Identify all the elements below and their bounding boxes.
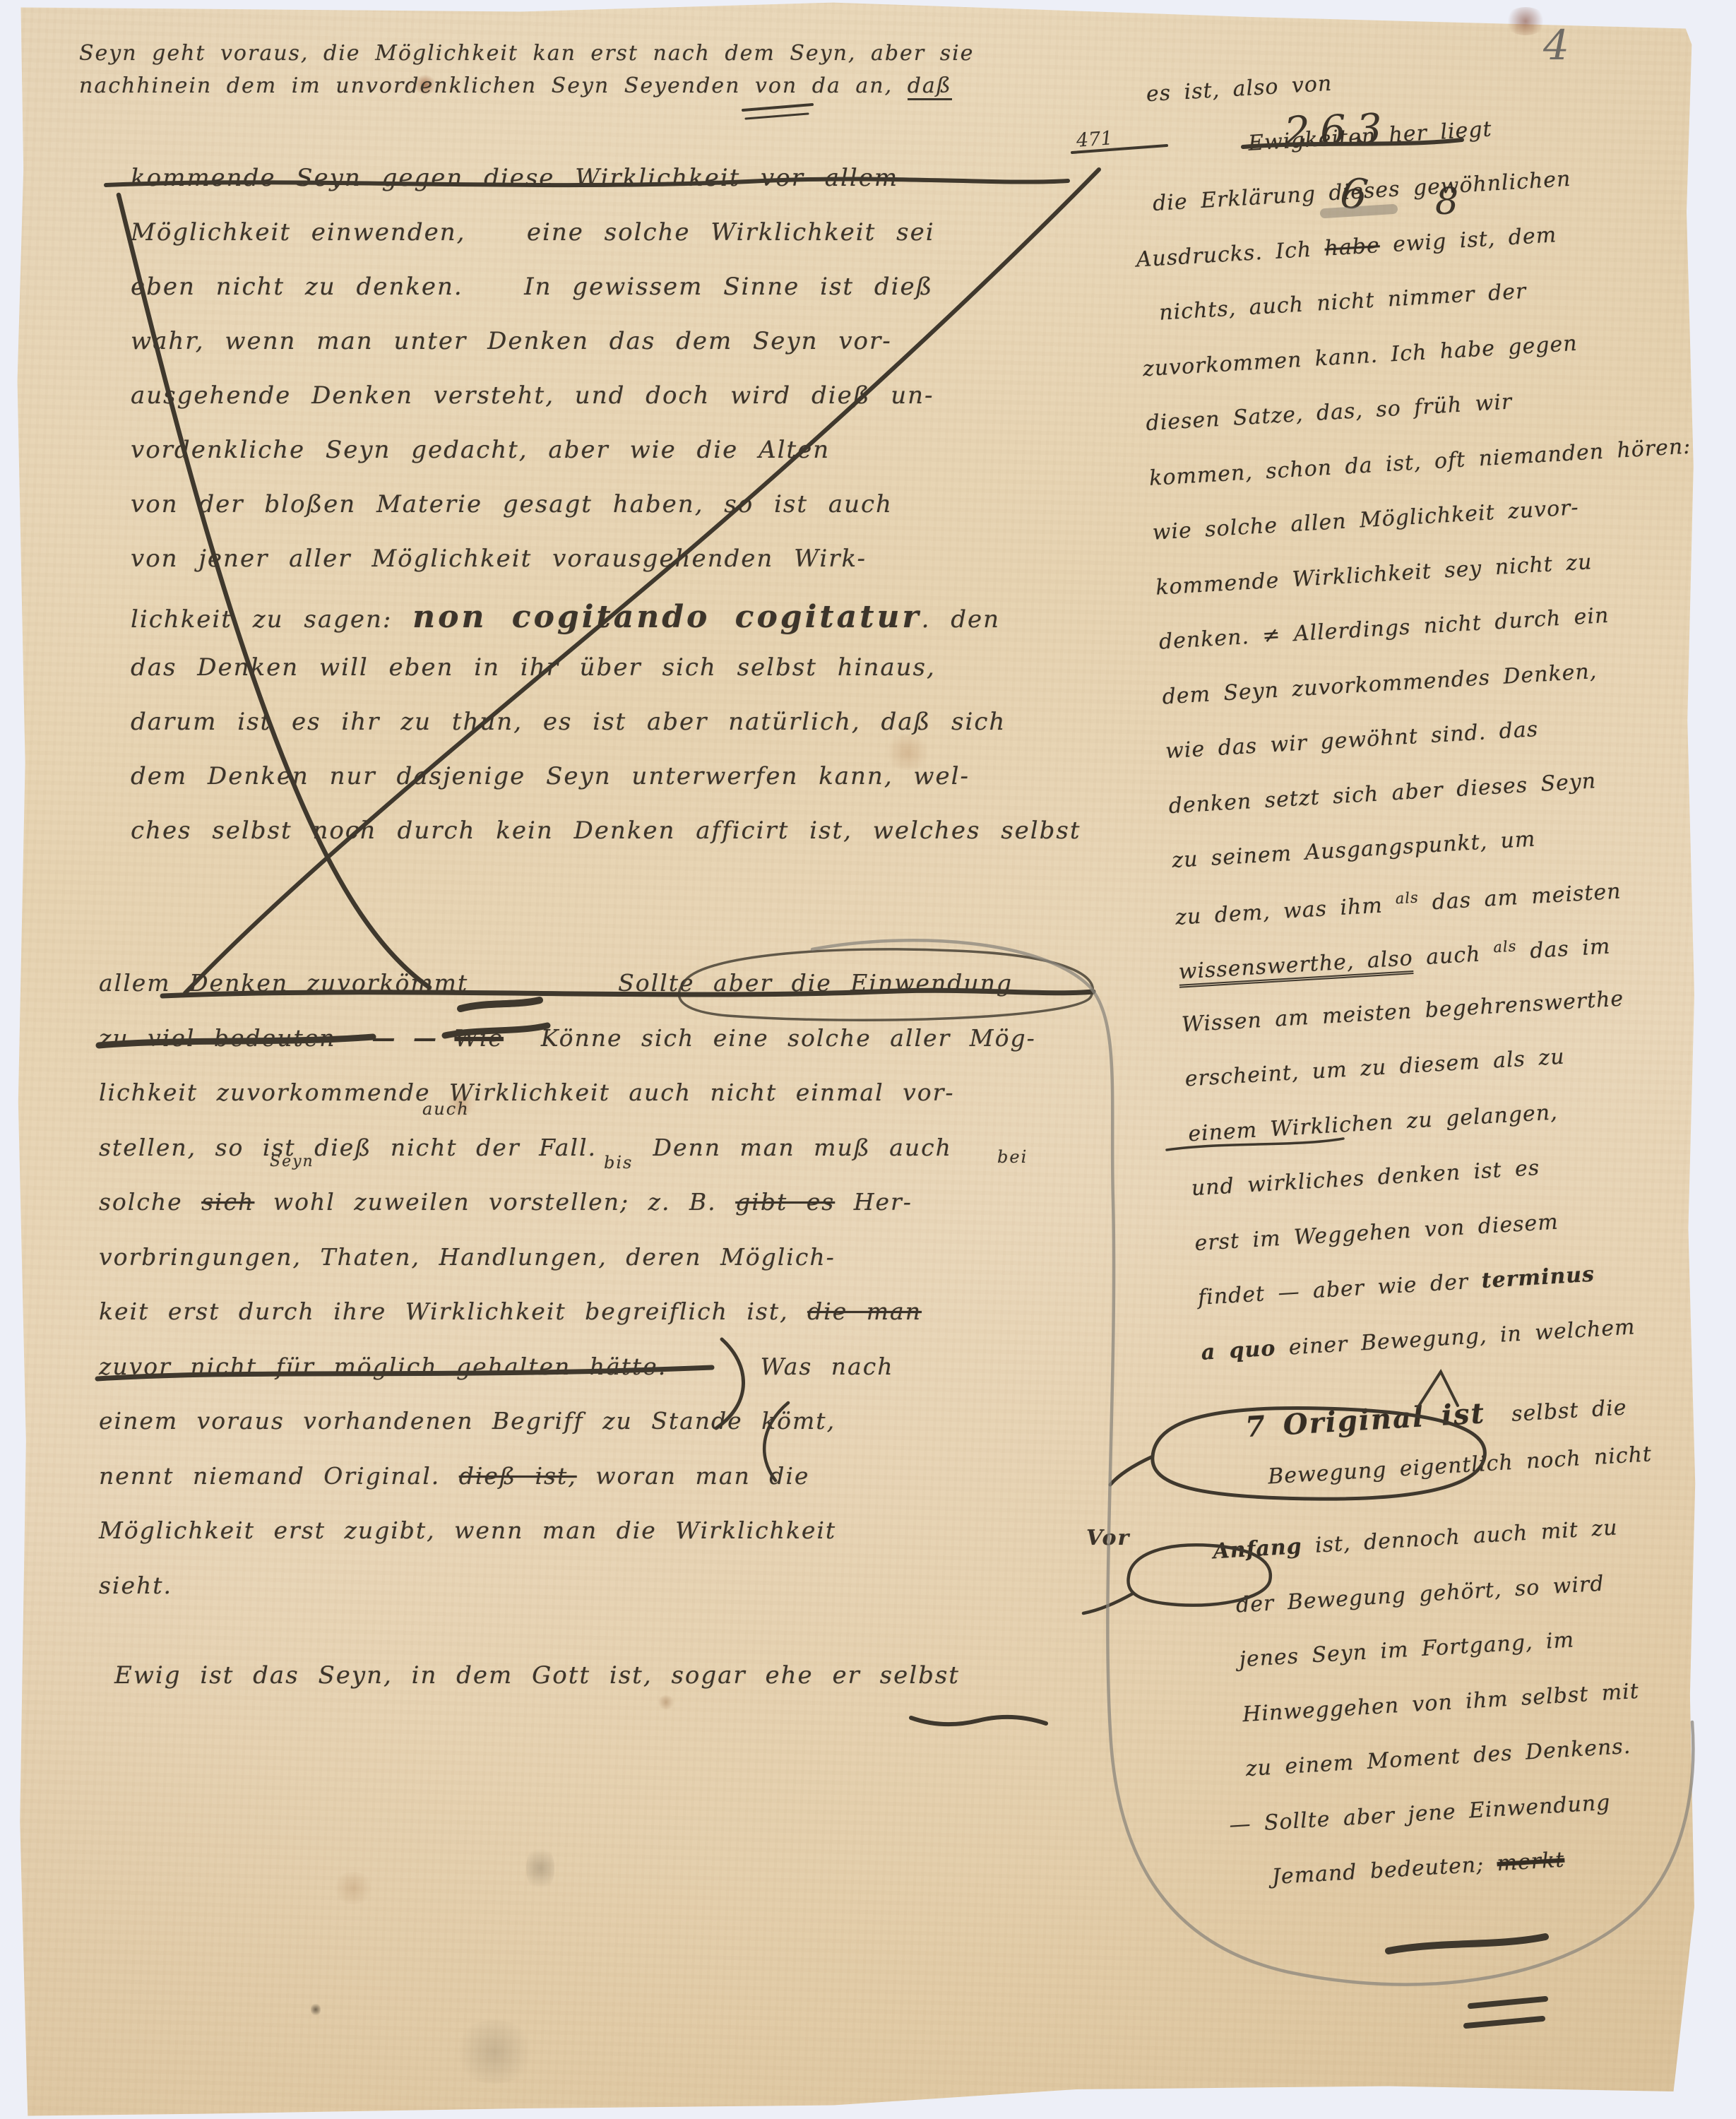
manuscript-line: sieht. [99, 1572, 172, 1599]
inserted-word: bei [997, 1147, 1028, 1167]
manuscript-line-segment: terminus [1481, 1262, 1595, 1293]
manuscript-line: keit erst durch ihre Wirklichkeit begrei… [99, 1298, 922, 1325]
manuscript-line-segment: daß [908, 73, 952, 100]
manuscript-line: allem Denken zuvorkömmt Sollte aber die … [99, 969, 1013, 997]
inserted-word: Vor [1086, 1526, 1130, 1550]
manuscript-line: und wirkliches denken ist es [1191, 1156, 1540, 1201]
inserted-word: bis [604, 1153, 633, 1173]
manuscript-line: zu viel bedeuten — — Wie Könne sich eine… [99, 1024, 1036, 1052]
scanned-manuscript-page: { "page_numbers": { "corner_pencil": "4"… [0, 0, 1736, 2119]
manuscript-line-segment: Her- [835, 1188, 912, 1216]
manuscript-line: zuvorkommen kann. Ich habe gegen [1142, 331, 1578, 381]
manuscript-line: wie solche allen Möglichkeit zuvor- [1152, 495, 1580, 545]
manuscript-line: Möglichkeit einwenden, eine solche Wirkl… [131, 218, 935, 247]
manuscript-line: dem Denken nur dasjenige Seyn unterwerfe… [131, 762, 970, 790]
manuscript-line: vorbringungen, Thaten, Handlungen, deren… [99, 1243, 836, 1271]
manuscript-line-segment: nennt niemand Original. [99, 1462, 459, 1490]
manuscript-line: zuvor nicht für möglich gehalten hätte. … [99, 1353, 893, 1380]
manuscript-line: zu seinem Ausgangspunkt, um [1171, 827, 1536, 874]
manuscript-line-segment: ewig ist, dem [1379, 222, 1557, 258]
manuscript-line: a quo einer Bewegung, in welchem [1201, 1314, 1636, 1365]
manuscript-line-segment: Ewig ist das Seyn, in dem Gott ist, soga… [114, 1661, 832, 1690]
manuscript-line-segment: a quo [1201, 1336, 1277, 1365]
manuscript-line-segment: ist, dennoch auch mit zu [1301, 1515, 1618, 1558]
manuscript-line: erscheint, um zu diesem als zu [1184, 1045, 1566, 1092]
manuscript-line: Ausdrucks. Ich habe ewig ist, dem [1136, 222, 1557, 272]
manuscript-line: kommen, schon da ist, oft niemanden höre… [1148, 434, 1692, 491]
manuscript-line-segment: solche [99, 1188, 201, 1216]
manuscript-line-segment: als [1493, 937, 1517, 956]
manuscript-line-segment: wohl zuweilen vorstellen; z. B. [254, 1188, 735, 1216]
manuscript-line: solche sich wohl zuweilen vorstellen; z.… [99, 1188, 912, 1216]
manuscript-line: eben nicht zu denken. In gewissem Sinne … [131, 273, 933, 301]
manuscript-line: vordenkliche Seyn gedacht, aber wie die … [131, 436, 830, 464]
manuscript-line-segment: selbst die [1485, 1395, 1627, 1428]
manuscript-line-segment: lichkeit zu sagen: [131, 605, 412, 634]
manuscript-line-segment: zu viel bedeuten [99, 1024, 336, 1052]
manuscript-line: diesen Satze, das, so früh wir [1146, 389, 1514, 436]
manuscript-line-segment: . den [922, 605, 1000, 634]
manuscript-line: Möglichkeit erst zugibt, wenn man die Wi… [99, 1516, 836, 1544]
manuscript-line-segment: Wie [454, 1024, 503, 1052]
manuscript-line-segment: als [1395, 889, 1419, 907]
manuscript-line: zu einem Moment des Denkens. [1245, 1734, 1631, 1781]
manuscript-line-segment: non cogitando cogitatur [412, 599, 921, 635]
manuscript-line: darum ist es ihr zu thun, es ist aber na… [131, 708, 1006, 736]
manuscript-line: Seyn geht voraus, die Möglichkeit kan er… [79, 41, 974, 66]
manuscript-line: jenes Seyn im Fortgang, im [1239, 1627, 1575, 1672]
manuscript-line: nachhinein dem im unvordenklichen Seyn S… [79, 73, 952, 98]
manuscript-line-segment: Ausdrucks. Ich [1136, 236, 1326, 272]
manuscript-line-segment: Jemand bedeuten; [1271, 1851, 1498, 1889]
manuscript-line-segment: — — [336, 1024, 455, 1052]
manuscript-line-segment: einer Bewegung, in welchem [1275, 1314, 1636, 1360]
small-number-crossed: 471 [1076, 127, 1114, 152]
manuscript-line-segment: Anfang [1212, 1534, 1302, 1564]
manuscript-line: denken setzt sich aber dieses Seyn [1168, 768, 1597, 819]
manuscript-line: nennt niemand Original. dieß ist, woran … [99, 1462, 809, 1490]
manuscript-line-segment: die man [807, 1298, 922, 1325]
manuscript-line: wissenswerthe, also auch als das im [1178, 932, 1612, 984]
inserted-word: auch [422, 1099, 470, 1119]
manuscript-line: einem Wirklichen zu gelangen, [1187, 1100, 1558, 1146]
manuscript-line-segment: habe [1324, 233, 1381, 261]
manuscript-line: wie das wir gewöhnt sind. das [1165, 717, 1539, 764]
manuscript-line: dem Seyn zuvorkommendes Denken, [1162, 658, 1598, 709]
manuscript-line: einem voraus vorhandenen Begriff zu Stan… [99, 1407, 836, 1435]
manuscript-line-segment: Könne sich eine solche aller Mög- [504, 1024, 1036, 1052]
manuscript-line: 7 Original ist selbst die [1244, 1388, 1628, 1444]
manuscript-line-segment: sich [201, 1188, 254, 1216]
manuscript-line: lichkeit zuvorkommende Wirklichkeit auch… [99, 1079, 955, 1106]
manuscript-line: Wissen am meisten begehrenswerthe [1181, 986, 1624, 1037]
manuscript-line-segment: das am meisten [1418, 879, 1622, 915]
manuscript-line: Jemand bedeuten; merkt [1271, 1848, 1565, 1890]
manuscript-line: Hinweggehen von ihm selbst mit [1242, 1678, 1639, 1726]
manuscript-line: von jener aller Möglichkeit vorausgehend… [131, 545, 867, 573]
manuscript-line: die Erklärung dieses gewöhnlichen [1152, 167, 1571, 216]
manuscript-line: — Sollte aber jene Einwendung [1228, 1790, 1611, 1837]
manuscript-line-segment: zu dem, was ihm [1175, 892, 1396, 930]
manuscript-line: zu dem, was ihm als das am meisten [1175, 877, 1622, 930]
inserted-word: Seyn [270, 1153, 314, 1170]
manuscript-line-segment: das im [1516, 934, 1611, 964]
manuscript-line: ausgehende Denken versteht, und doch wir… [131, 381, 934, 410]
manuscript-line-segment: er selbst [832, 1661, 960, 1690]
manuscript-line: Anfang ist, dennoch auch mit zu [1212, 1515, 1618, 1564]
manuscript-line: wahr, wenn man unter Denken das dem Seyn… [131, 327, 892, 355]
manuscript-line: nichts, auch nicht nimmer der [1158, 279, 1527, 326]
manuscript-line: Bewegung eigentlich noch nicht [1267, 1442, 1653, 1489]
manuscript-line: kommende Seyn gegen diese Wirklichkeit v… [131, 164, 898, 192]
manuscript-line: findet — aber wie der terminus [1197, 1262, 1595, 1310]
manuscript-line-segment: woran man die [577, 1462, 810, 1490]
manuscript-line-segment: findet — aber wie der [1197, 1269, 1482, 1310]
manuscript-line-segment: keit erst durch ihre Wirklichkeit begrei… [99, 1298, 807, 1325]
manuscript-line: erst im Weggehen von diesem [1194, 1209, 1559, 1256]
manuscript-line: das Denken will eben in ihr über sich se… [131, 653, 936, 682]
manuscript-line: Ewig ist das Seyn, in dem Gott ist, soga… [114, 1661, 960, 1690]
manuscript-line: lichkeit zu sagen: non cogitando cogitat… [131, 599, 1000, 635]
manuscript-line: Ewigkeiten her liegt [1247, 117, 1492, 155]
manuscript-line-segment: dieß ist, [459, 1462, 577, 1490]
manuscript-line: kommende Wirklichkeit sey nicht zu [1155, 550, 1593, 600]
manuscript-line-segment: wissenswerthe, also [1178, 946, 1414, 988]
manuscript-line-segment: nachhinein dem im unvordenklichen Seyn S… [79, 73, 908, 98]
manuscript-line: der Bewegung gehört, so wird [1235, 1571, 1605, 1618]
manuscript-line-segment: 7 Original ist [1244, 1396, 1487, 1444]
manuscript-line-segment: merkt [1497, 1848, 1566, 1877]
manuscript-line: denken. ≠ Allerdings nicht durch ein [1158, 603, 1610, 655]
manuscript-line-segment: auch [1413, 941, 1494, 971]
manuscript-line: von der bloßen Materie gesagt haben, so … [131, 490, 893, 518]
manuscript-line: ches selbst noch durch kein Denken affic… [131, 817, 1081, 845]
manuscript-line: stellen, so ist dieß nicht der Fall. Den… [99, 1134, 952, 1161]
manuscript-line-segment: gibt es [735, 1188, 835, 1216]
